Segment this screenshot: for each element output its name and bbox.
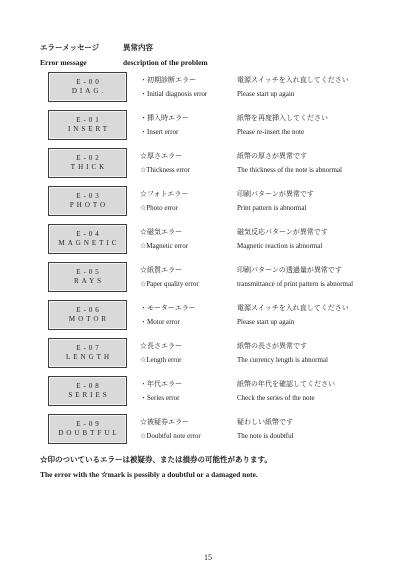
error-action-en: Print pattern is abnormal — [237, 201, 314, 215]
error-desc-ja: ☆長さエラー — [140, 339, 182, 353]
error-action-en: Check the series of the note — [237, 391, 335, 405]
error-code: E-01 — [73, 116, 102, 125]
error-code-box: E-06 MOTOR — [48, 300, 127, 330]
error-action-ja: 紙幣の長さが異常です — [237, 339, 328, 353]
error-code: E-02 — [73, 154, 102, 163]
error-action-ja: 疑わしい紙幣です — [237, 415, 294, 429]
error-label: MAGNETIC — [56, 239, 120, 248]
error-description: ☆長さエラー ☆Length error — [140, 339, 182, 367]
error-desc-ja: ☆紙質エラー — [140, 263, 199, 277]
error-code: E-09 — [73, 420, 102, 429]
error-description: ☆紙質エラー ☆Paper quality error — [140, 263, 199, 291]
error-code-box: E-04 MAGNETIC — [48, 224, 127, 254]
error-label: INSERT — [65, 125, 110, 134]
error-action: 磁気反応パターンが異常です Magnetic reaction is abnor… — [237, 225, 328, 253]
error-desc-en: ☆Thickness error — [140, 163, 190, 177]
error-code-box: E-08 SERIES — [48, 376, 127, 406]
error-row-e04: E-04 MAGNETIC ☆磁気エラー ☆Magnetic error 磁気反… — [40, 224, 386, 254]
error-row-e00: E-00 DIAG. ・初期診断エラー ・Initial diagnosis e… — [40, 72, 386, 102]
error-row-e06: E-06 MOTOR ・モーターエラー ・Motor error 電源スイッチを… — [40, 300, 386, 330]
error-action-ja: 電源スイッチを入れ直してください — [237, 301, 349, 315]
error-description: ・挿入時エラー ・Insert error — [140, 111, 189, 139]
error-description: ・年代エラー ・Series error — [140, 377, 182, 405]
error-label: THICK — [68, 163, 107, 172]
error-action-ja: 紙幣の厚さが異常です — [237, 149, 342, 163]
error-label: DOUBTFUL — [55, 429, 119, 438]
error-action-en: Please start up again — [237, 315, 349, 329]
header-error-message-ja: エラーメッセージ — [40, 40, 123, 55]
error-code: E-06 — [73, 306, 102, 315]
error-desc-ja: ・初期診断エラー — [140, 73, 207, 87]
error-desc-ja: ・年代エラー — [140, 377, 182, 391]
error-row-e07: E-07 LENGTH ☆長さエラー ☆Length error 紙幣の長さが異… — [40, 338, 386, 368]
error-desc-en: ・Series error — [140, 391, 182, 405]
error-row-e09: E-09 DOUBTFUL ☆被疑券エラー ☆Doubtful note err… — [40, 414, 386, 444]
error-code: E-00 — [73, 78, 102, 87]
error-code: E-04 — [73, 230, 102, 239]
error-desc-en: ☆Photo error — [140, 201, 188, 215]
footnote-ja: ☆印のついているエラーは被疑券、または損券の可能性があります。 — [40, 452, 386, 467]
error-action: 印刷パターンが異常です Print pattern is abnormal — [237, 187, 314, 215]
error-action-en: The thickness of the note is abnormal — [237, 163, 342, 177]
error-code: E-05 — [73, 268, 102, 277]
error-code: E-08 — [73, 382, 102, 391]
error-action: 紙幣の年代を確認してください Check the series of the n… — [237, 377, 335, 405]
error-desc-ja: ・モーターエラー — [140, 301, 196, 315]
error-action: 電源スイッチを入れ直してください Please start up again — [237, 301, 349, 329]
error-label: DIAG. — [69, 87, 106, 96]
error-code-box: E-05 RAYS — [48, 262, 127, 292]
error-code: E-07 — [73, 344, 102, 353]
error-row-e01: E-01 INSERT ・挿入時エラー ・Insert error 紙幣を再度挿… — [40, 110, 386, 140]
error-description: ・初期診断エラー ・Initial diagnosis error — [140, 73, 207, 101]
header-error-message-column: エラーメッセージ Error message — [40, 40, 123, 72]
error-description: ☆フォトエラー ☆Photo error — [140, 187, 188, 215]
error-desc-ja: ☆フォトエラー — [140, 187, 188, 201]
error-row-e08: E-08 SERIES ・年代エラー ・Series error 紙幣の年代を確… — [40, 376, 386, 406]
table-header: エラーメッセージ Error message 異常内容 description … — [40, 40, 386, 72]
error-description: ☆厚さエラー ☆Thickness error — [140, 149, 190, 177]
error-desc-en: ☆Doubtful note error — [140, 429, 201, 443]
error-action-ja: 紙幣を再度挿入してください — [237, 111, 328, 125]
error-action-en: transmittance of print pattern is abnorm… — [237, 277, 353, 291]
error-desc-en: ☆Length error — [140, 353, 182, 367]
error-label: MOTOR — [66, 315, 109, 324]
error-row-e02: E-02 THICK ☆厚さエラー ☆Thickness error 紙幣の厚さ… — [40, 148, 386, 178]
error-action: 電源スイッチを入れ直してください Please start up again — [237, 73, 349, 101]
error-row-e05: E-05 RAYS ☆紙質エラー ☆Paper quality error 印刷… — [40, 262, 386, 292]
error-desc-en: ・Motor error — [140, 315, 196, 329]
error-code-box: E-07 LENGTH — [48, 338, 127, 368]
error-code-box: E-03 PHOTO — [48, 186, 127, 216]
error-action-ja: 印刷パターンが異常です — [237, 187, 314, 201]
error-desc-ja: ☆磁気エラー — [140, 225, 188, 239]
error-desc-ja: ☆被疑券エラー — [140, 415, 201, 429]
error-action-ja: 磁気反応パターンが異常です — [237, 225, 328, 239]
error-code-box: E-02 THICK — [48, 148, 127, 178]
header-error-message-en: Error message — [40, 55, 123, 70]
footnote-en: The error with the ☆mark is possibly a d… — [40, 467, 386, 482]
error-rows: E-00 DIAG. ・初期診断エラー ・Initial diagnosis e… — [40, 72, 386, 444]
error-code: E-03 — [73, 192, 102, 201]
page-content: エラーメッセージ Error message 異常内容 description … — [40, 40, 386, 482]
error-desc-en: ・Initial diagnosis error — [140, 87, 207, 101]
error-action-ja: 印刷パターンの透過量が異常です — [237, 263, 353, 277]
error-action-en: The currency length is abnormal — [237, 353, 328, 367]
error-action: 紙幣の厚さが異常です The thickness of the note is … — [237, 149, 342, 177]
error-code-box: E-00 DIAG. — [48, 72, 127, 102]
error-action: 紙幣の長さが異常です The currency length is abnorm… — [237, 339, 328, 367]
manual-page: エラーメッセージ Error message 異常内容 description … — [0, 0, 416, 588]
error-action-ja: 紙幣の年代を確認してください — [237, 377, 335, 391]
error-description: ☆被疑券エラー ☆Doubtful note error — [140, 415, 201, 443]
error-label: LENGTH — [63, 353, 112, 362]
error-action-en: Please start up again — [237, 87, 349, 101]
error-label: PHOTO — [67, 201, 108, 210]
error-action: 印刷パターンの透過量が異常です transmittance of print p… — [237, 263, 353, 291]
error-desc-en: ☆Paper quality error — [140, 277, 199, 291]
error-description: ・モーターエラー ・Motor error — [140, 301, 196, 329]
error-action-en: The note is doubtful — [237, 429, 294, 443]
error-code-box: E-01 INSERT — [48, 110, 127, 140]
footnotes: ☆印のついているエラーは被疑券、または損券の可能性があります。 The erro… — [40, 452, 386, 482]
error-desc-en: ☆Magnetic error — [140, 239, 188, 253]
header-description-ja: 異常内容 — [123, 40, 208, 55]
error-row-e03: E-03 PHOTO ☆フォトエラー ☆Photo error 印刷パターンが異… — [40, 186, 386, 216]
error-action-ja: 電源スイッチを入れ直してください — [237, 73, 349, 87]
error-action: 紙幣を再度挿入してください Please re-insert the note — [237, 111, 328, 139]
header-description-column: 異常内容 description of the problem — [123, 40, 208, 72]
error-desc-ja: ・挿入時エラー — [140, 111, 189, 125]
page-number: 15 — [0, 553, 416, 562]
error-desc-ja: ☆厚さエラー — [140, 149, 190, 163]
error-code-box: E-09 DOUBTFUL — [48, 414, 127, 444]
error-action-en: Please re-insert the note — [237, 125, 328, 139]
error-action-en: Magnetic reaction is abnormal — [237, 239, 328, 253]
header-description-en: description of the problem — [123, 55, 208, 70]
error-action: 疑わしい紙幣です The note is doubtful — [237, 415, 294, 443]
error-description: ☆磁気エラー ☆Magnetic error — [140, 225, 188, 253]
error-desc-en: ・Insert error — [140, 125, 189, 139]
error-label: SERIES — [65, 391, 109, 400]
error-label: RAYS — [71, 277, 104, 286]
